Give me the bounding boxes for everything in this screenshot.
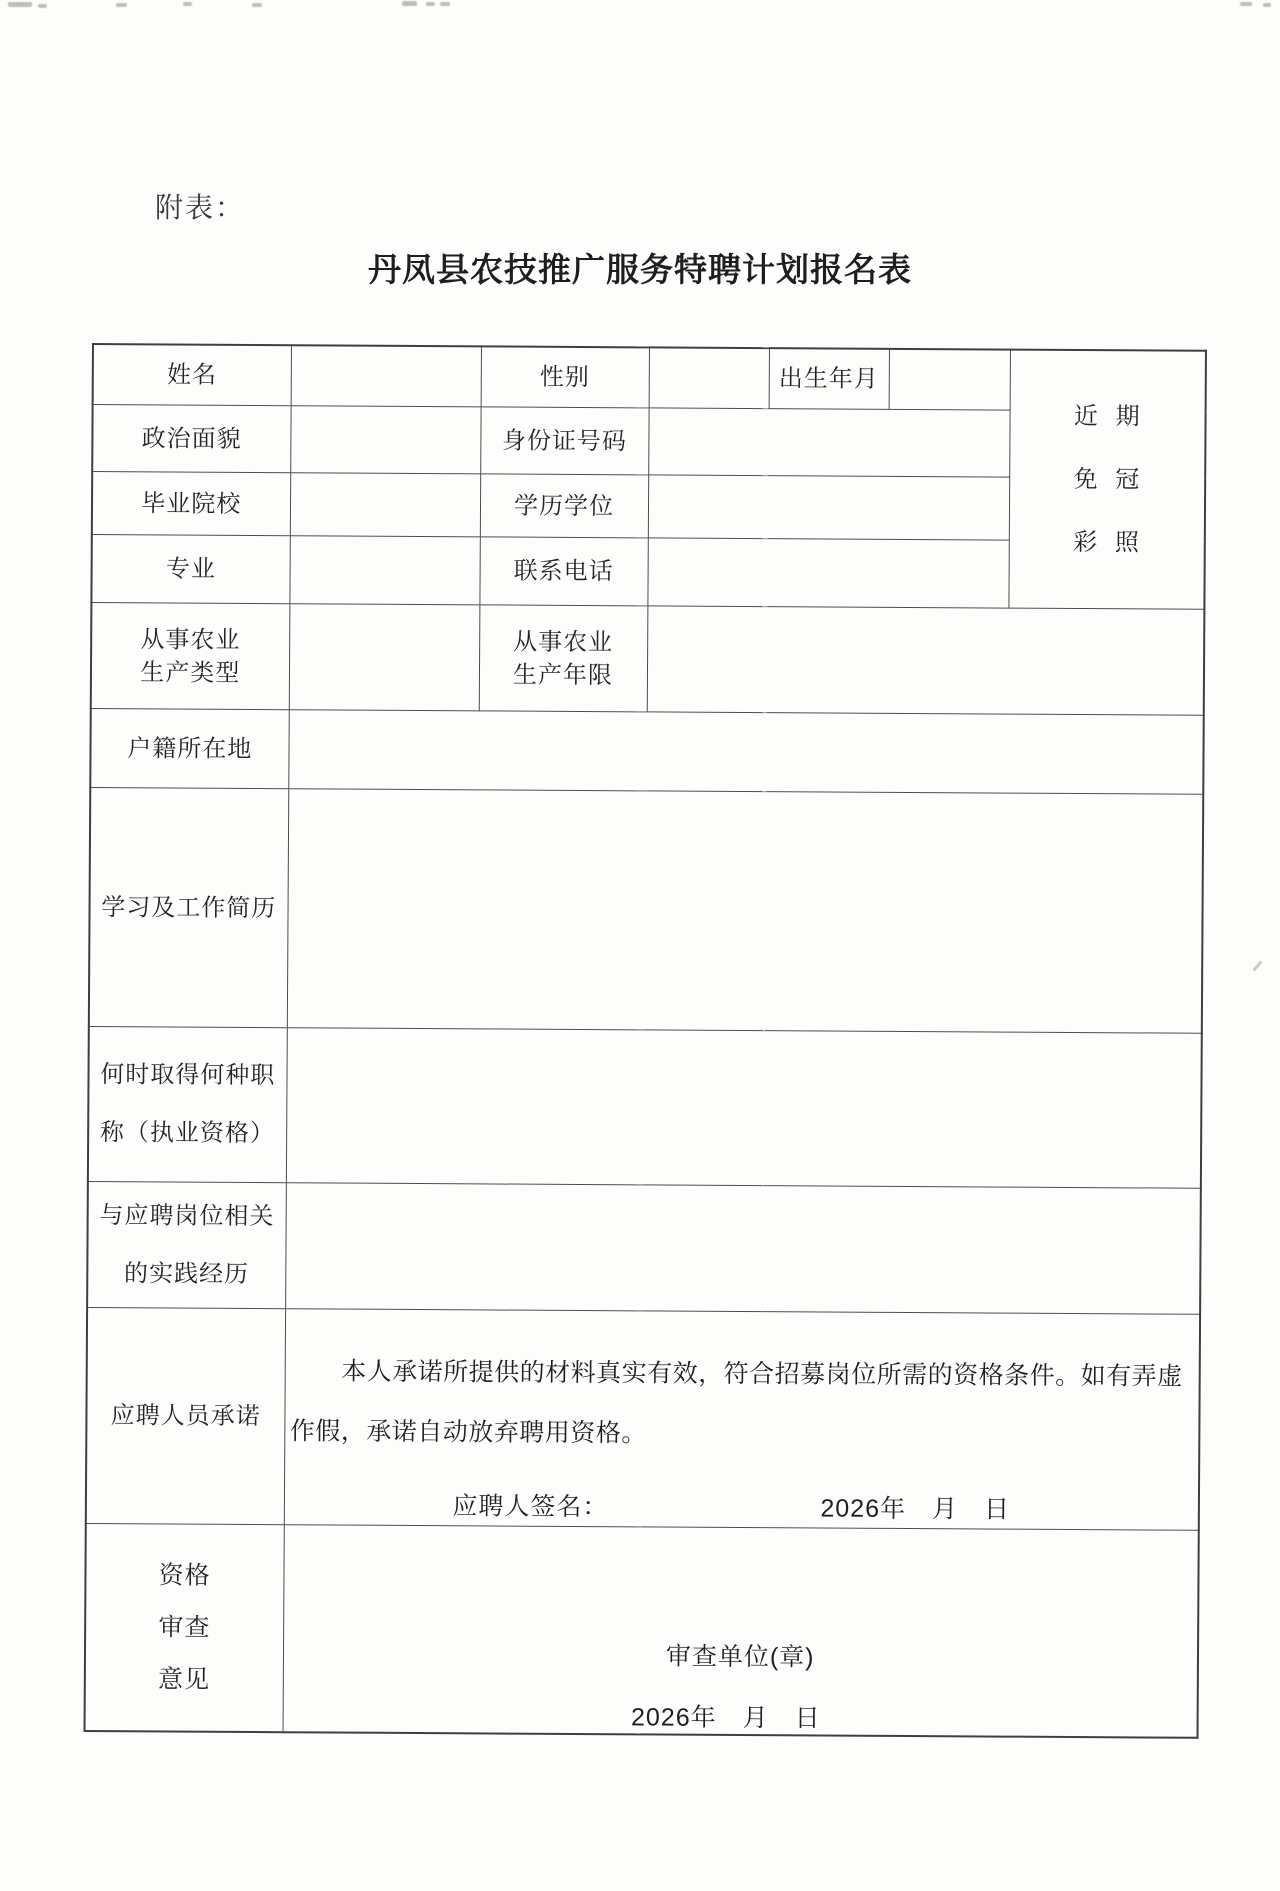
row-agri-type-years: 从事农业 生产类型 从事农业 生产年限 (91, 603, 1205, 716)
field-label-name: 姓名 (93, 344, 291, 406)
field-value-agri-years (647, 606, 1205, 715)
field-value-birth (889, 349, 1010, 410)
application-form-table: 姓名 性别 出生年月 近 期 免 冠 彩 照 政治面貌 身份证号码 毕业院校 学… (84, 343, 1207, 1739)
field-value-major (289, 536, 479, 605)
review-cell: 审查单位(章) 2026年 月 日 (283, 1525, 1199, 1738)
field-value-residence (288, 710, 1203, 795)
signature-line: 应聘人签名： 2026年 月 日 (284, 1485, 1198, 1527)
scan-artifact (1240, 2, 1252, 6)
review-date: 2026年 月 日 (255, 1670, 1197, 1737)
row-name-gender-birth: 姓名 性别 出生年月 近 期 免 冠 彩 照 (93, 344, 1206, 411)
scanned-document-page: 附表： 丹凤县农技推广服务特聘计划报名表 姓名 性别 出生年月 近 期 免 冠 … (0, 0, 1280, 1891)
scan-artifact (402, 1, 417, 6)
field-label-agri-years: 从事农业 生产年限 (479, 605, 648, 712)
row-resume: 学习及工作简历 (89, 787, 1203, 1033)
commitment-text: 本人承诺所提供的材料真实有效，符合招募岗位所需的资格条件。如有弄虚 作假，承诺自… (285, 1313, 1199, 1467)
field-label-commitment: 应聘人员承诺 (86, 1307, 285, 1524)
field-label-experience: 与应聘岗位相关 的实践经历 (87, 1181, 286, 1308)
scan-artifact (1263, 3, 1271, 7)
row-commitment: 应聘人员承诺 本人承诺所提供的材料真实有效，符合招募岗位所需的资格条件。如有弄虚… (86, 1307, 1200, 1530)
field-label-birth: 出生年月 (769, 348, 889, 409)
field-label-phone: 联系电话 (479, 537, 647, 606)
field-value-name (291, 345, 481, 407)
scan-artifact (252, 3, 262, 7)
commitment-cell: 本人承诺所提供的材料真实有效，符合招募岗位所需的资格条件。如有弄虚 作假，承诺自… (284, 1309, 1200, 1531)
applicant-signature-date: 2026年 月 日 (820, 1488, 1010, 1525)
row-review-opinion: 资格 审查 意见 审查单位(章) 2026年 月 日 (85, 1523, 1199, 1737)
field-value-qualification (286, 1028, 1202, 1189)
scan-artifact (1252, 960, 1262, 971)
field-label-residence: 户籍所在地 (90, 708, 288, 788)
field-label-id-number: 身份证号码 (480, 407, 648, 475)
form-table-wrapper: 姓名 性别 出生年月 近 期 免 冠 彩 照 政治面貌 身份证号码 毕业院校 学… (84, 343, 1207, 1739)
scan-artifact (8, 2, 32, 7)
field-label-gender: 性别 (481, 346, 649, 408)
field-label-political: 政治面貌 (92, 405, 290, 473)
page-title: 丹凤县农技推广服务特聘计划报名表 (0, 244, 1280, 291)
applicant-signature-label: 应聘人签名： (452, 1486, 608, 1523)
field-value-id-number (648, 408, 1009, 477)
review-unit-seal-label: 审查单位(章) (283, 1526, 1197, 1676)
scan-artifact (440, 2, 450, 6)
scan-artifact (116, 3, 127, 7)
scan-artifact (426, 2, 435, 6)
field-label-agri-type: 从事农业 生产类型 (91, 603, 290, 710)
field-value-degree (648, 475, 1009, 540)
row-qualification: 何时取得何种职 称（执业资格） (88, 1026, 1202, 1188)
attachment-label: 附表： (155, 186, 245, 226)
field-label-resume: 学习及工作简历 (89, 787, 288, 1027)
row-experience: 与应聘岗位相关 的实践经历 (87, 1181, 1201, 1314)
field-value-political (290, 406, 480, 474)
field-label-degree: 学历学位 (480, 474, 648, 538)
field-label-school: 毕业院校 (92, 472, 290, 536)
field-label-major: 专业 (91, 535, 289, 604)
field-value-phone (647, 538, 1008, 608)
scan-artifact (183, 2, 192, 6)
field-value-agri-type (289, 604, 480, 711)
photo-placeholder: 近 期 免 冠 彩 照 (1008, 350, 1206, 610)
field-value-gender (649, 347, 769, 408)
scan-artifact (38, 4, 47, 8)
field-value-resume (287, 789, 1203, 1034)
field-label-review: 资格 审查 意见 (85, 1523, 284, 1732)
field-label-qualification: 何时取得何种职 称（执业资格） (88, 1026, 287, 1182)
field-value-experience (285, 1183, 1201, 1315)
row-residence: 户籍所在地 (90, 708, 1203, 794)
field-value-school (290, 473, 480, 537)
